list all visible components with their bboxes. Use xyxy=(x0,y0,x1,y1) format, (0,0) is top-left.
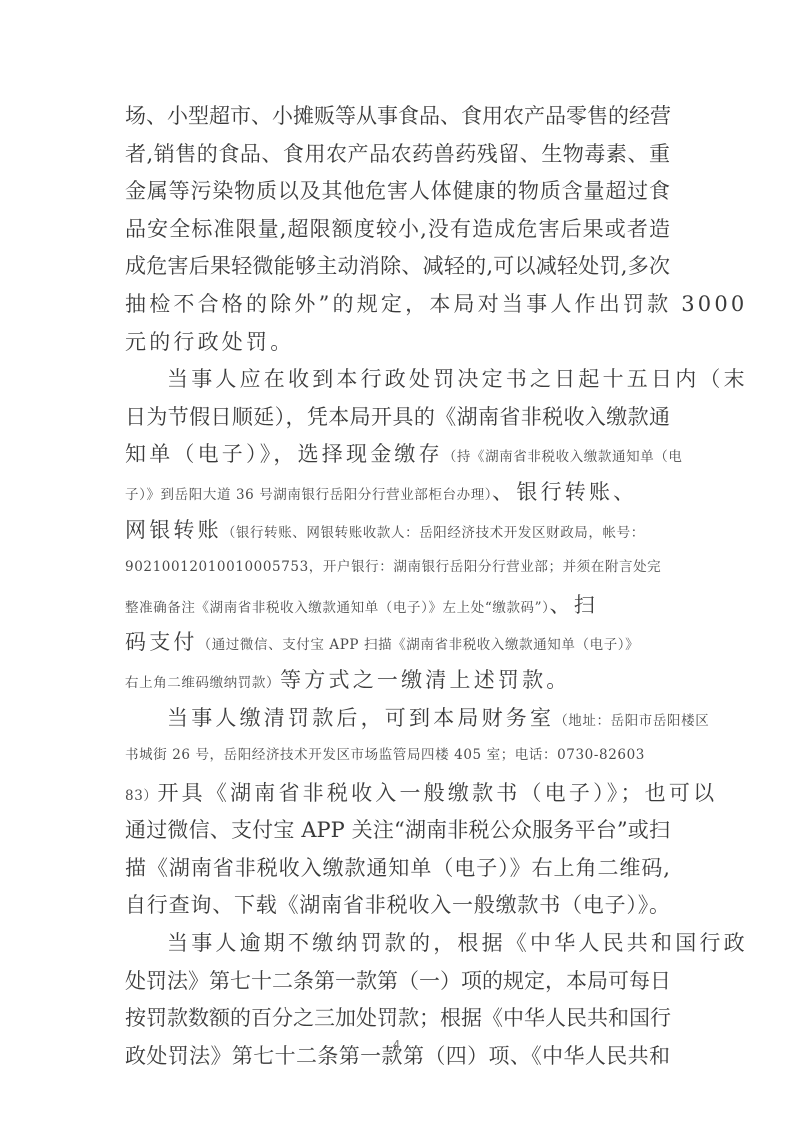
paragraph-payment-instructions: 当事人应在收到本行政处罚决定书之日起十五日内（末 日为节假日顺延），凭本局开具的… xyxy=(125,361,670,699)
payment-method-online-banking: 网银转账 xyxy=(125,518,222,542)
text-line: 按罚款数额的百分之三加处罚款；根据《中华人民共和国行 xyxy=(125,1000,670,1038)
receipt-issue-text: 开具《湖南省非税收入一般缴款书（电子）》；也可以 xyxy=(157,781,717,805)
text-line: 描《湖南省非税收入缴款通知单（电子）》右上角二维码, xyxy=(125,850,670,888)
text-line: 整准确备注《湖南省非税收入缴款通知单（电子）》左上处“缴款码”）、扫 xyxy=(125,587,670,625)
text-line: 知单（电子）》，选择现金缴存（持《湖南省非税收入缴款通知单（电 xyxy=(125,436,670,474)
text-line: 自行查询、下载《湖南省非税收入一般缴款书（电子）》。 xyxy=(125,887,670,925)
finance-office-address-phone: 书城街 26 号，岳阳经济技术开发区市场监管局四楼 405 室；电话：0730-… xyxy=(125,737,670,775)
text-line: 网银转账（银行转账、网银转账收款人：岳阳经济技术开发区财政局，帐号： xyxy=(125,512,670,550)
text-line: 日为节假日顺延），凭本局开具的《湖南省非税收入缴款通 xyxy=(125,399,670,437)
payment-method-qr-start: 、扫 xyxy=(550,593,598,617)
qr-payment-note: （通过微信、支付宝 APP 扫描《湖南省非税收入缴款通知单（电子）》 xyxy=(198,637,640,653)
finance-office-text: 当事人缴清罚款后，可到本局财务室 xyxy=(167,706,554,730)
text-line: 当事人逾期不缴纳罚款的，根据《中华人民共和国行政 xyxy=(125,925,670,963)
paragraph-receipt: 当事人缴清罚款后，可到本局财务室（地址：岳阳市岳阳楼区 书城街 26 号，岳阳经… xyxy=(125,700,670,926)
cash-deposit-note-cont: 子）》到岳阳大道 36 号湖南银行岳阳分行营业部柜台办理） xyxy=(125,487,492,503)
remark-instruction-note: 整准确备注《湖南省非税收入缴款通知单（电子）》左上处“缴款码”） xyxy=(125,600,550,616)
document-body: 场、小型超市、小摊贩等从事食品、食用农产品零售的经营 者,销售的食品、食用农产品… xyxy=(125,98,670,1075)
text-line: 元的行政处罚。 xyxy=(125,324,670,362)
phone-number-end: 83） xyxy=(125,788,157,804)
text-line-fine-amount: 抽检不合格的除外”的规定，本局对当事人作出罚款 3000 xyxy=(125,286,670,324)
text-line: 码支付（通过微信、支付宝 APP 扫描《湖南省非税收入缴款通知单（电子）》 xyxy=(125,624,670,662)
paragraph-penalty-basis: 场、小型超市、小摊贩等从事食品、食用农产品零售的经营 者,销售的食品、食用农产品… xyxy=(125,98,670,361)
text-line: 成危害后果轻微能够主动消除、减轻的,可以减轻处罚,多次 xyxy=(125,248,670,286)
text-line: 通过微信、支付宝 APP 关注“湖南非税公众服务平台”或扫 xyxy=(125,812,670,850)
payment-conclusion: 等方式之一缴清上述罚款。 xyxy=(280,668,570,692)
text-line: 子）》到岳阳大道 36 号湖南银行岳阳分行营业部柜台办理）、银行转账、 xyxy=(125,474,670,512)
text-line: 者,销售的食品、食用农产品农药兽药残留、生物毒素、重 xyxy=(125,136,670,174)
text-line: 金属等污染物质以及其他危害人体健康的物质含量超过食 xyxy=(125,173,670,211)
bank-account-details: 90210012010010005753，开户银行：湖南银行岳阳分行营业部；并须… xyxy=(125,549,670,587)
text-line: 场、小型超市、小摊贩等从事食品、食用农产品零售的经营 xyxy=(125,98,670,136)
document-page: 场、小型超市、小摊贩等从事食品、食用农产品零售的经营 者,销售的食品、食用农产品… xyxy=(0,0,793,1121)
bank-payee-note: （银行转账、网银转账收款人：岳阳经济技术开发区财政局，帐号： xyxy=(222,525,645,541)
paragraph-late-payment: 当事人逾期不缴纳罚款的，根据《中华人民共和国行政 处罚法》第七十二条第一款第（一… xyxy=(125,925,670,1075)
text-line: 品安全标准限量,超限额度较小,没有造成危害后果或者造 xyxy=(125,211,670,249)
payment-method-bank-transfer: 、银行转账、 xyxy=(492,480,637,504)
text-line: 处罚法》第七十二条第一款第（一）项的规定，本局可每日 xyxy=(125,963,670,1001)
text-line: 当事人缴清罚款后，可到本局财务室（地址：岳阳市岳阳楼区 xyxy=(125,700,670,738)
page-number: 4 xyxy=(0,1038,793,1052)
payment-method-cash: 知单（电子）》，选择现金缴存 xyxy=(125,442,443,466)
text-line: 83）开具《湖南省非税收入一般缴款书（电子）》；也可以 xyxy=(125,775,670,813)
text-line: 右上角二维码缴纳罚款）等方式之一缴清上述罚款。 xyxy=(125,662,670,700)
qr-payment-note-cont: 右上角二维码缴纳罚款） xyxy=(125,675,280,691)
finance-office-address: （地址：岳阳市岳阳楼区 xyxy=(554,713,709,729)
cash-deposit-note: （持《湖南省非税收入缴款通知单（电 xyxy=(443,449,683,465)
text-line: 当事人应在收到本行政处罚决定书之日起十五日内（末 xyxy=(125,361,670,399)
payment-method-qr: 码支付 xyxy=(125,630,198,654)
